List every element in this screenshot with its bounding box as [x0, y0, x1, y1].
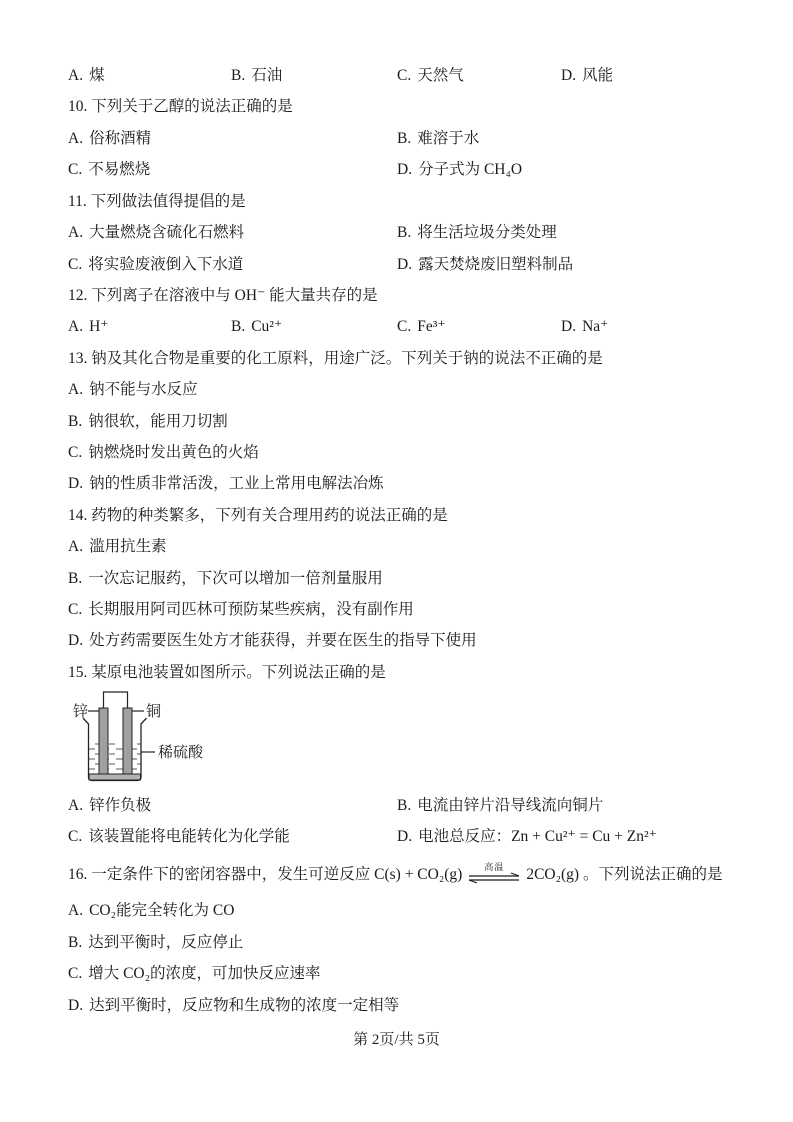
question-12-option-a: A.H⁺	[68, 315, 108, 339]
option-label: B.	[397, 224, 411, 241]
option-text: CO₂能完全转化为 CO	[89, 902, 234, 919]
question-14-option-a: A.滥用抗生素	[68, 535, 167, 559]
option-text: 长期服用阿司匹林可预防某些疾病，没有副作用	[88, 601, 414, 618]
question-12-option-c: C.Fe³⁺	[397, 315, 446, 339]
option-label: C.	[68, 601, 82, 618]
question-13-option-d: D.钠的性质非常活泼，工业上常用电解法冶炼	[68, 472, 384, 496]
option-label: A.	[68, 797, 83, 814]
option-label: C.	[68, 965, 82, 982]
question-13-option-a: A.钠不能与水反应	[68, 378, 198, 402]
question-14-option-row-a: A.滥用抗生素	[0, 535, 793, 559]
option-label: B.	[231, 67, 245, 84]
option-text: 一次忘记服药，下次可以增加一倍剂量服用	[88, 570, 383, 587]
question-15-option-a: A.锌作负极	[68, 794, 151, 818]
option-text: 电流由锌片沿导线流向铜片	[417, 797, 603, 814]
question-16-option-b: B.达到平衡时，反应停止	[68, 931, 243, 955]
question-12-stem: 12. 下列离子在溶液中与 OH⁻ 能大量共存的是	[68, 284, 783, 308]
option-text: 钠很软，能用刀切割	[88, 413, 228, 430]
option-text: 大量燃烧含硫化石燃料	[89, 224, 244, 241]
option-text: Fe³⁺	[417, 318, 445, 335]
option-label: D.	[397, 256, 412, 273]
option-label: A.	[68, 318, 83, 335]
option-label: B.	[68, 570, 82, 587]
solution-liquid	[89, 740, 141, 774]
question-16-option-row-b: B.达到平衡时，反应停止	[0, 931, 793, 955]
option-text: 风能	[582, 67, 613, 84]
question-15-options-row-ab: A.锌作负极 B.电流由锌片沿导线流向铜片	[0, 794, 793, 818]
option-label: A.	[68, 538, 83, 555]
question-10-options-row-ab: A.俗称酒精 B.难溶于水	[0, 127, 793, 151]
option-text: 不易燃烧	[88, 161, 150, 178]
question-15-option-c: C.该装置能将电能转化为化学能	[68, 825, 290, 849]
option-label: B.	[231, 318, 245, 335]
question-14-option-c: C.长期服用阿司匹林可预防某些疾病，没有副作用	[68, 598, 414, 622]
option-label: C.	[397, 318, 411, 335]
option-label: A.	[68, 130, 83, 147]
question-11-option-d: D.露天焚烧废旧塑料制品	[397, 253, 573, 277]
question-12-option-d: D.Na⁺	[561, 315, 608, 339]
question-12-option-b: B.Cu²⁺	[231, 315, 282, 339]
question-13-option-row-b: B.钠很软，能用刀切割	[0, 410, 793, 434]
question-14-option-row-b: B.一次忘记服药，下次可以增加一倍剂量服用	[0, 567, 793, 591]
option-text: 锌作负极	[89, 797, 151, 814]
question-15-options-row-cd: C.该装置能将电能转化为化学能 D.电池总反应：Zn + Cu²⁺ = Cu +…	[0, 825, 793, 849]
question-09-option-c: C.天然气	[397, 64, 464, 88]
option-label: D.	[68, 475, 83, 492]
equilibrium-arrows-icon	[467, 872, 521, 884]
option-text: 达到平衡时，反应物和生成物的浓度一定相等	[89, 997, 399, 1014]
option-text: 石油	[251, 67, 282, 84]
q16-stem-pre: 16. 一定条件下的密闭容器中，发生可逆反应 C(s) + CO₂(g)	[68, 858, 462, 892]
option-text: 钠的性质非常活泼，工业上常用电解法冶炼	[89, 475, 384, 492]
question-11-options-row-cd: C.将实验废液倒入下水道 D.露天焚烧废旧塑料制品	[0, 253, 793, 277]
question-16-option-row-d: D.达到平衡时，反应物和生成物的浓度一定相等	[0, 994, 793, 1018]
question-10-options-row-cd: C.不易燃烧 D.分子式为 CH₄O	[0, 158, 793, 182]
question-16-option-c: C.增大 CO₂的浓度，可加快反应速率	[68, 962, 321, 986]
question-16-option-d: D.达到平衡时，反应物和生成物的浓度一定相等	[68, 994, 399, 1018]
question-11-option-b: B.将生活垃圾分类处理	[397, 221, 557, 245]
question-09-option-a: A.煤	[68, 64, 105, 88]
option-text: Cu²⁺	[251, 318, 282, 335]
question-16-option-row-a: A.CO₂能完全转化为 CO	[0, 899, 793, 923]
option-label: D.	[561, 318, 576, 335]
beaker-bottom	[89, 774, 141, 780]
option-text: 滥用抗生素	[89, 538, 167, 555]
copper-label: 铜	[146, 703, 161, 720]
option-label: B.	[397, 797, 411, 814]
solution-label: 稀硫酸	[158, 744, 204, 761]
q16-stem-post: 2CO₂(g) 。下列说法正确的是	[526, 858, 722, 892]
option-text: 钠燃烧时发出黄色的火焰	[88, 444, 259, 461]
question-14-option-row-d: D.处方药需要医生处方才能获得，并要在医生的指导下使用	[0, 629, 793, 653]
question-14-option-row-c: C.长期服用阿司匹林可预防某些疾病，没有副作用	[0, 598, 793, 622]
question-14-stem: 14. 药物的种类繁多，下列有关合理用药的说法正确的是	[68, 504, 783, 528]
question-09-option-d: D.风能	[561, 64, 613, 88]
option-text: Na⁺	[582, 318, 608, 335]
option-text: H⁺	[89, 318, 108, 335]
question-10-option-d: D.分子式为 CH₄O	[397, 158, 522, 182]
question-14-option-d: D.处方药需要医生处方才能获得，并要在医生的指导下使用	[68, 629, 477, 653]
equilibrium-expression: 高温	[467, 862, 521, 884]
question-15-option-b: B.电流由锌片沿导线流向铜片	[397, 794, 603, 818]
question-09-options-row: A.煤 B.石油 C.天然气 D.风能	[0, 64, 793, 88]
zinc-electrode	[99, 708, 108, 774]
option-label: C.	[397, 67, 411, 84]
question-13-option-row-a: A.钠不能与水反应	[0, 378, 793, 402]
option-label: B.	[68, 413, 82, 430]
option-label: A.	[68, 902, 83, 919]
option-label: B.	[68, 934, 82, 951]
question-16-option-row-c: C.增大 CO₂的浓度，可加快反应速率	[0, 962, 793, 986]
question-13-option-row-c: C.钠燃烧时发出黄色的火焰	[0, 441, 793, 465]
option-text: 露天焚烧废旧塑料制品	[418, 256, 573, 273]
option-text: 天然气	[417, 67, 464, 84]
question-15-option-d: D.电池总反应：Zn + Cu²⁺ = Cu + Zn²⁺	[397, 825, 657, 849]
question-10-stem: 10. 下列关于乙醇的说法正确的是	[68, 95, 783, 119]
question-11-options-row-ab: A.大量燃烧含硫化石燃料 B.将生活垃圾分类处理	[0, 221, 793, 245]
question-16-option-a: A.CO₂能完全转化为 CO	[68, 899, 234, 923]
option-label: C.	[68, 161, 82, 178]
option-text: 达到平衡时，反应停止	[88, 934, 243, 951]
question-10-option-c: C.不易燃烧	[68, 158, 150, 182]
option-text: 分子式为 CH₄O	[418, 161, 522, 178]
option-text: 将生活垃圾分类处理	[417, 224, 557, 241]
option-label: A.	[68, 67, 83, 84]
option-label: C.	[68, 256, 82, 273]
option-label: C.	[68, 444, 82, 461]
option-label: D.	[397, 161, 412, 178]
question-16-stem: 16. 一定条件下的密闭容器中，发生可逆反应 C(s) + CO₂(g) 高温 …	[68, 858, 783, 892]
option-text: 钠不能与水反应	[89, 381, 198, 398]
option-text: 难溶于水	[417, 130, 479, 147]
question-14-option-b: B.一次忘记服药，下次可以增加一倍剂量服用	[68, 567, 383, 591]
option-label: A.	[68, 381, 83, 398]
option-text: 煤	[89, 67, 105, 84]
page-indicator: 第 2页/共 5页	[0, 1028, 793, 1052]
wire	[104, 692, 128, 708]
option-text: 将实验废液倒入下水道	[88, 256, 243, 273]
question-13-stem: 13. 钠及其化合物是重要的化工原料，用途广泛。下列关于钠的说法不正确的是	[68, 347, 783, 371]
question-13-option-b: B.钠很软，能用刀切割	[68, 410, 228, 434]
option-text: 该装置能将电能转化为化学能	[88, 828, 290, 845]
question-11-option-c: C.将实验废液倒入下水道	[68, 253, 243, 277]
exam-page: A.煤 B.石油 C.天然气 D.风能 10. 下列关于乙醇的说法正确的是 A.…	[0, 0, 793, 1122]
option-label: D.	[561, 67, 576, 84]
option-text: 处方药需要医生处方才能获得，并要在医生的指导下使用	[89, 632, 477, 649]
question-11-stem: 11. 下列做法值得提倡的是	[68, 190, 783, 214]
question-10-option-b: B.难溶于水	[397, 127, 479, 151]
question-11-option-a: A.大量燃烧含硫化石燃料	[68, 221, 244, 245]
option-label: D.	[68, 997, 83, 1014]
option-text: 俗称酒精	[89, 130, 151, 147]
galvanic-cell-diagram: 锌 铜 稀硫酸	[73, 686, 288, 796]
question-13-option-c: C.钠燃烧时发出黄色的火焰	[68, 441, 259, 465]
equilibrium-condition-label: 高温	[484, 862, 504, 872]
option-label: D.	[397, 828, 412, 845]
question-15-stem: 15. 某原电池装置如图所示。下列说法正确的是	[68, 661, 783, 685]
option-text: 电池总反应：Zn + Cu²⁺ = Cu + Zn²⁺	[418, 828, 657, 845]
option-label: C.	[68, 828, 82, 845]
copper-electrode	[123, 708, 132, 774]
question-09-option-b: B.石油	[231, 64, 282, 88]
question-13-option-row-d: D.钠的性质非常活泼，工业上常用电解法冶炼	[0, 472, 793, 496]
option-label: D.	[68, 632, 83, 649]
zinc-label: 锌	[73, 703, 88, 720]
option-label: B.	[397, 130, 411, 147]
option-text: 增大 CO₂的浓度，可加快反应速率	[88, 965, 320, 982]
question-12-options-row: A.H⁺ B.Cu²⁺ C.Fe³⁺ D.Na⁺	[0, 315, 793, 339]
question-10-option-a: A.俗称酒精	[68, 127, 151, 151]
option-label: A.	[68, 224, 83, 241]
